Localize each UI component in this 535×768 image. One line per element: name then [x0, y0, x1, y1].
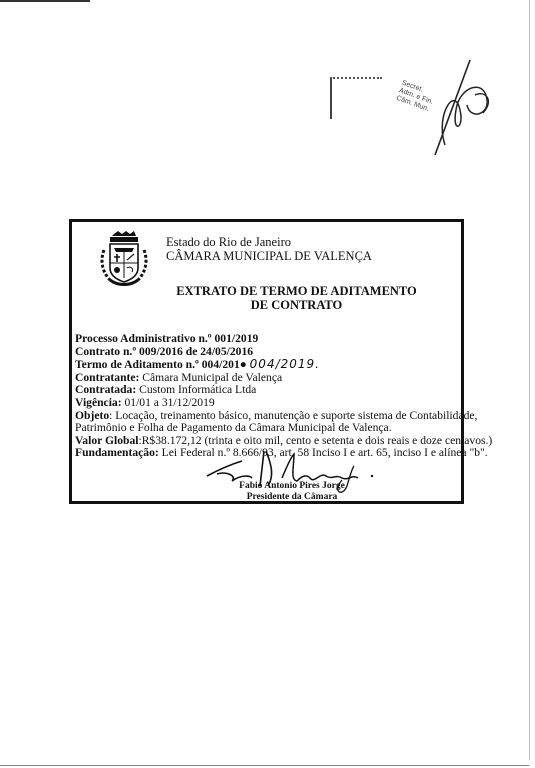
document-header: Estado do Rio de Janeiro CÂMARA MUNICIPA… [166, 235, 372, 263]
state-name: Estado do Rio de Janeiro [166, 235, 372, 249]
received-stamp: Secret. Adm. e Fin. Câm. Mun. [320, 55, 520, 155]
scan-edge [0, 765, 529, 766]
initials-signature-icon [415, 55, 505, 165]
scan-edge [529, 0, 530, 760]
signatory-name: Fabio Antonio Pires Jorge [222, 481, 362, 492]
signatory: Fabio Antonio Pires Jorge Presidente da … [222, 481, 362, 503]
contract-fields: Processo Administrativo n.º 001/2019 Con… [75, 333, 460, 460]
signatory-role: Presidente da Câmara [222, 492, 362, 503]
handwritten-correction: 004/2019. [250, 357, 320, 371]
stamp-frame [330, 77, 382, 119]
coat-of-arms-icon [96, 230, 152, 288]
extract-frame: Estado do Rio de Janeiro CÂMARA MUNICIPA… [69, 219, 464, 504]
institution-name: CÂMARA MUNICIPAL DE VALENÇA [166, 249, 372, 263]
scan-edge [0, 0, 90, 2]
document-title: EXTRATO DE TERMO DE ADITAMENTO DE CONTRA… [72, 284, 461, 312]
field-termo-aditamento: Termo de Aditamento n.º 004/201● 004/201… [75, 358, 460, 372]
signature-block: Fabio Antonio Pires Jorge Presidente da … [202, 460, 422, 505]
